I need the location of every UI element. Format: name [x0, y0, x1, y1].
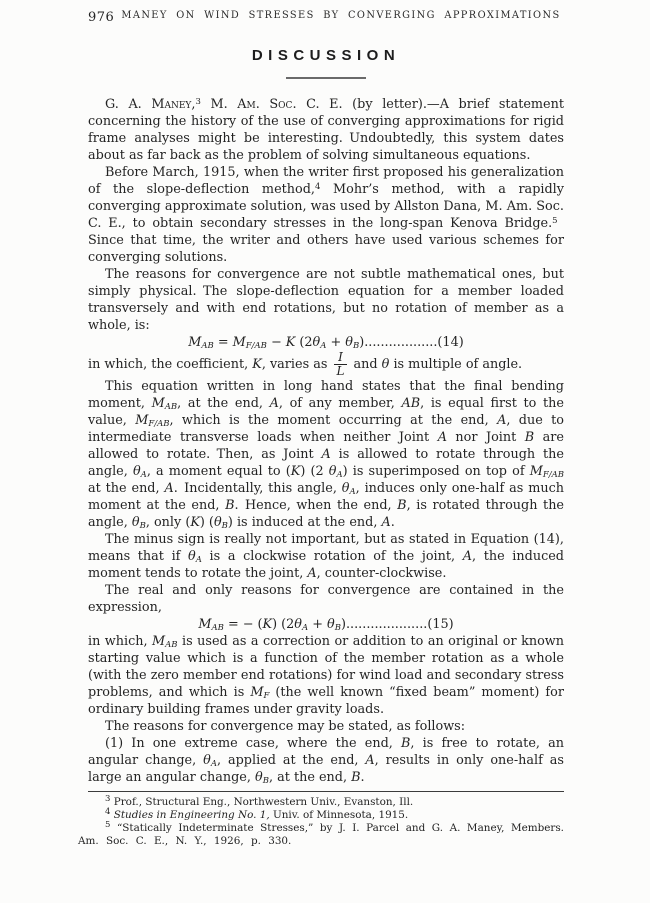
page-header: 976 MANEY ON WIND STRESSES BY CONVERGING… — [88, 10, 564, 25]
paragraph-case-1: (1) In one extreme case, where the end, … — [88, 735, 564, 786]
paragraph-reasons: The reasons for convergence are not subt… — [88, 266, 564, 334]
page-number: 976 — [88, 10, 114, 25]
running-title: MANEY ON WIND STRESSES BY CONVERGING APP… — [88, 10, 564, 21]
paragraph-intro: G. A. Maney,3 M. Am. Soc. C. E. (by lett… — [88, 96, 564, 164]
paragraph-follows: The reasons for convergence may be state… — [88, 718, 564, 735]
footnote-5-line-1: 5 “Statically Indeterminate Stresses,” b… — [88, 822, 564, 835]
footnote-divider-rule — [88, 791, 564, 792]
section-title: DISCUSSION — [88, 47, 564, 64]
equation-14: MAB = MF/AB − K (2θA + θB)..............… — [88, 334, 564, 351]
title-divider-rule — [286, 77, 366, 79]
text-column: 976 MANEY ON WIND STRESSES BY CONVERGING… — [88, 0, 564, 848]
paragraph-history: Before March, 1915, when the writer firs… — [88, 164, 564, 266]
paragraph-longhand: This equation written in long hand state… — [88, 378, 564, 531]
footnote-4: 4 Studies in Engineering No. 1, Univ. of… — [88, 809, 564, 822]
scanned-paper-page: 976 MANEY ON WIND STRESSES BY CONVERGING… — [0, 0, 650, 903]
paragraph-correction: in which, MAB is used as a correction or… — [88, 633, 564, 718]
paragraph-expression-intro: The real and only reasons for convergenc… — [88, 582, 564, 616]
equation-15: MAB = − (K) (2θA + θB)..................… — [88, 616, 564, 633]
footnotes: 3 Prof., Structural Eng., Northwestern U… — [88, 796, 564, 848]
paragraph-coefficient: in which, the coefficient, K, varies as … — [88, 351, 564, 378]
paragraph-minus-sign: The minus sign is really not important, … — [88, 531, 564, 582]
body-text: G. A. Maney,3 M. Am. Soc. C. E. (by lett… — [88, 96, 564, 786]
footnote-5-line-2: Am. Soc. C. E., N. Y., 1926, p. 330. — [78, 835, 564, 848]
footnote-3: 3 Prof., Structural Eng., Northwestern U… — [88, 796, 564, 809]
